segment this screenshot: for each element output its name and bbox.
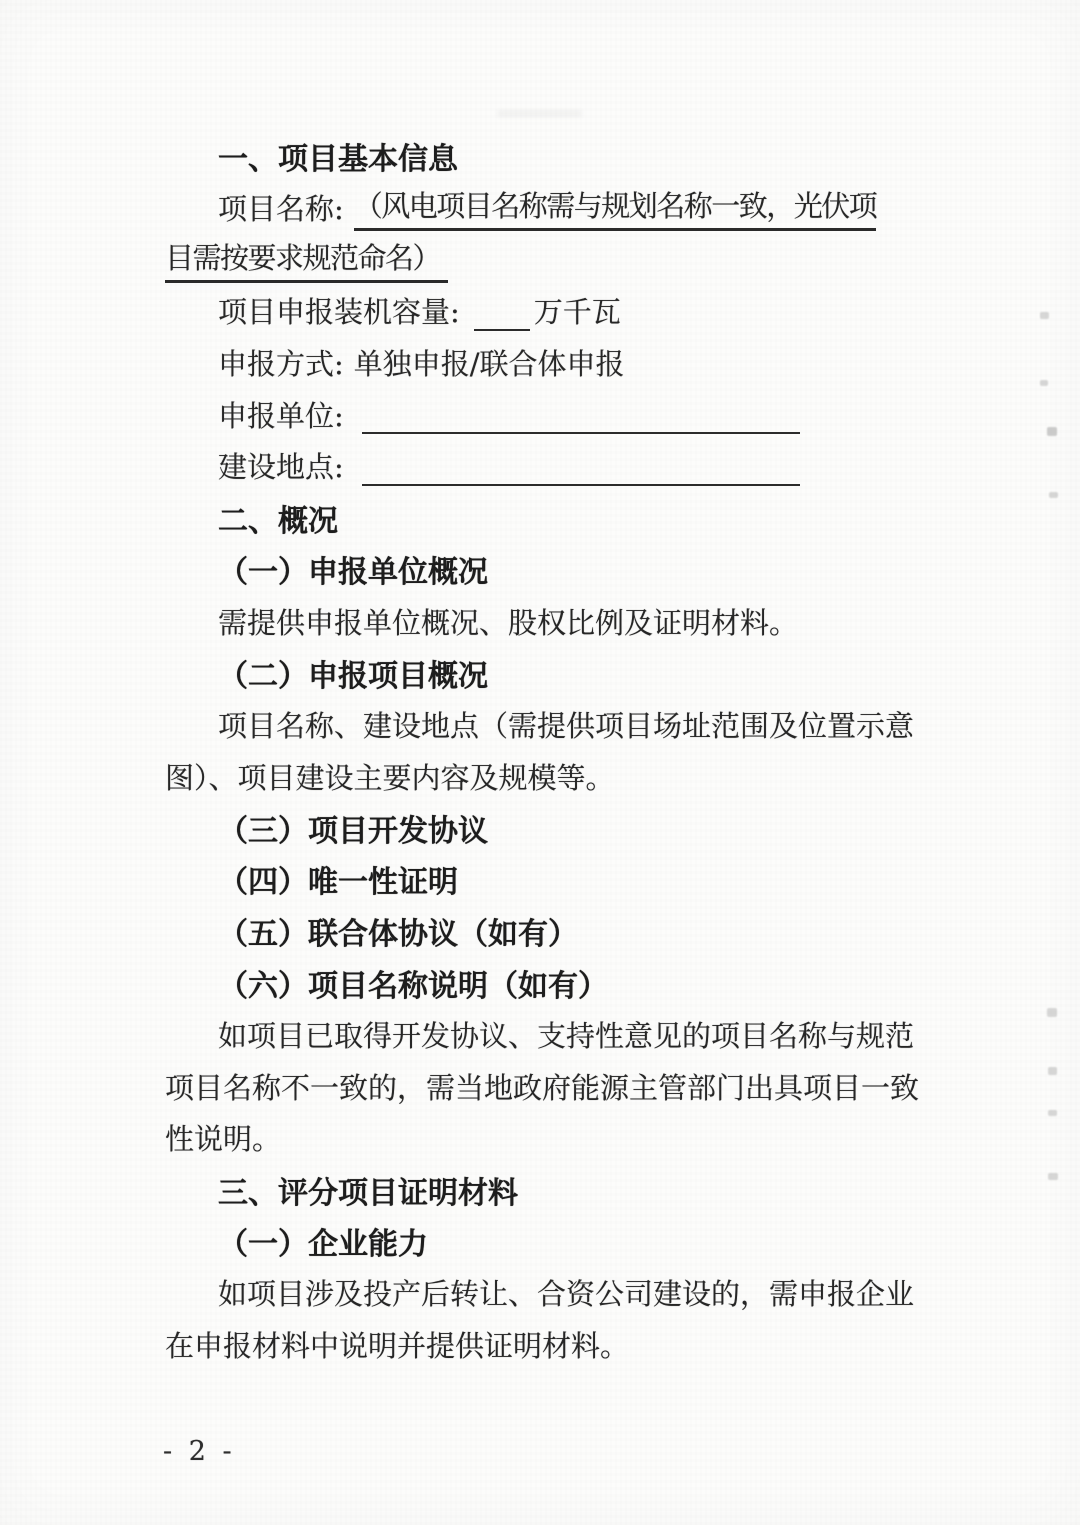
section-2-3-heading-text: （三）项目开发协议: [218, 806, 488, 850]
apply-method-value: 单独申报/联合体申报: [354, 342, 625, 383]
section-2-4-heading: （四）唯一性证明: [165, 854, 925, 906]
scan-artifact: [1049, 492, 1058, 498]
section-3-heading: 三、评分项目证明材料: [165, 1164, 925, 1216]
scan-smudge: [497, 110, 582, 117]
location-line: 建设地点:: [165, 440, 925, 492]
section-2-3-heading: （三）项目开发协议: [165, 802, 925, 854]
section-2-5-heading-text: （五）联合体协议（如有）: [218, 909, 578, 953]
section-2-5-heading: （五）联合体协议（如有）: [165, 905, 925, 957]
apply-method-line: 申报方式: 单独申报/联合体申报: [165, 337, 925, 389]
section-3-1-body-text-1: 如项目涉及投产后转让、合资公司建设的，需申报企业: [218, 1272, 914, 1313]
capacity-label: 项目申报装机容量:: [218, 290, 460, 331]
scan-artifact: [1047, 427, 1057, 436]
section-2-2-heading-text: （二）申报项目概况: [218, 651, 488, 695]
page-number: - 2 -: [163, 1436, 236, 1467]
section-2-6-body-text-2: 项目名称不一致的，需当地政府能源主管部门出具项目一致: [165, 1066, 919, 1107]
section-3-1-heading: （一）企业能力: [165, 1215, 925, 1267]
project-name-label: 项目名称:: [218, 187, 344, 228]
scan-artifact: [1040, 380, 1048, 386]
section-2-6-body-line-1: 如项目已取得开发协议、支持性意见的项目名称与规范: [165, 1009, 925, 1061]
section-2-4-heading-text: （四）唯一性证明: [218, 857, 458, 901]
location-label: 建设地点:: [218, 445, 344, 486]
section-2-1-body-text: 需提供申报单位概况、股权比例及证明材料。: [218, 601, 798, 642]
section-2-2-body-text-2: 图）、项目建设主要内容及规模等。: [165, 756, 615, 797]
project-name-hint-underlined: （风电项目名称需与规划名称一致，光伏项: [354, 184, 877, 231]
capacity-line: 项目申报装机容量: 万千瓦: [165, 285, 925, 337]
apply-unit-line: 申报单位:: [165, 388, 925, 440]
section-2-2-heading: （二）申报项目概况: [165, 647, 925, 699]
project-name-hint-underlined-2: 目需按要求规范命名）: [165, 236, 448, 283]
section-3-1-body-text-2: 在申报材料中说明并提供证明材料。: [165, 1324, 629, 1365]
section-2-1-heading: （一）申报单位概况: [165, 544, 925, 596]
section-2-6-body-line-3: 性说明。: [165, 1112, 925, 1164]
location-blank-field: [362, 455, 800, 485]
document-content: 一、项目基本信息 项目名称: （风电项目名称需与规划名称一致，光伏项 目需按要求…: [165, 130, 925, 1371]
section-3-heading-text: 三、评分项目证明材料: [218, 1168, 518, 1212]
scan-artifact: [1048, 1067, 1057, 1075]
scan-artifact: [1048, 1110, 1057, 1116]
scan-artifact: [1047, 1008, 1057, 1017]
section-2-6-body-line-2: 项目名称不一致的，需当地政府能源主管部门出具项目一致: [165, 1060, 925, 1112]
section-3-1-heading-text: （一）企业能力: [218, 1219, 428, 1263]
section-1-heading: 一、项目基本信息: [165, 130, 925, 182]
section-1-heading-text: 一、项目基本信息: [218, 134, 458, 178]
section-3-1-body-line-2: 在申报材料中说明并提供证明材料。: [165, 1319, 925, 1371]
section-2-heading: 二、概况: [165, 492, 925, 544]
section-2-1-body: 需提供申报单位概况、股权比例及证明材料。: [165, 595, 925, 647]
section-2-6-heading-text: （六）项目名称说明（如有）: [218, 961, 608, 1005]
section-2-heading-text: 二、概况: [218, 496, 338, 540]
apply-method-label: 申报方式:: [218, 342, 344, 383]
apply-unit-label: 申报单位:: [218, 394, 344, 435]
apply-unit-blank-field: [362, 404, 800, 434]
section-2-6-heading: （六）项目名称说明（如有）: [165, 957, 925, 1009]
section-2-6-body-text-1: 如项目已取得开发协议、支持性意见的项目名称与规范: [218, 1014, 914, 1055]
scan-artifact: [1040, 312, 1049, 319]
section-2-2-body-text-1: 项目名称、建设地点（需提供项目场址范围及位置示意: [218, 704, 914, 745]
section-2-2-body-line-2: 图）、项目建设主要内容及规模等。: [165, 750, 925, 802]
project-name-line-continued: 目需按要求规范命名）: [165, 233, 925, 285]
section-2-1-heading-text: （一）申报单位概况: [218, 547, 488, 591]
scan-artifact: [1048, 1173, 1058, 1180]
scanned-document-page: 一、项目基本信息 项目名称: （风电项目名称需与规划名称一致，光伏项 目需按要求…: [0, 0, 1080, 1525]
section-2-6-body-text-3: 性说明。: [165, 1117, 281, 1158]
capacity-unit: 万千瓦: [534, 290, 621, 331]
project-name-line: 项目名称: （风电项目名称需与规划名称一致，光伏项: [165, 182, 925, 234]
section-2-2-body-line-1: 项目名称、建设地点（需提供项目场址范围及位置示意: [165, 699, 925, 751]
capacity-blank-field: [474, 300, 530, 330]
section-3-1-body-line-1: 如项目涉及投产后转让、合资公司建设的，需申报企业: [165, 1267, 925, 1319]
